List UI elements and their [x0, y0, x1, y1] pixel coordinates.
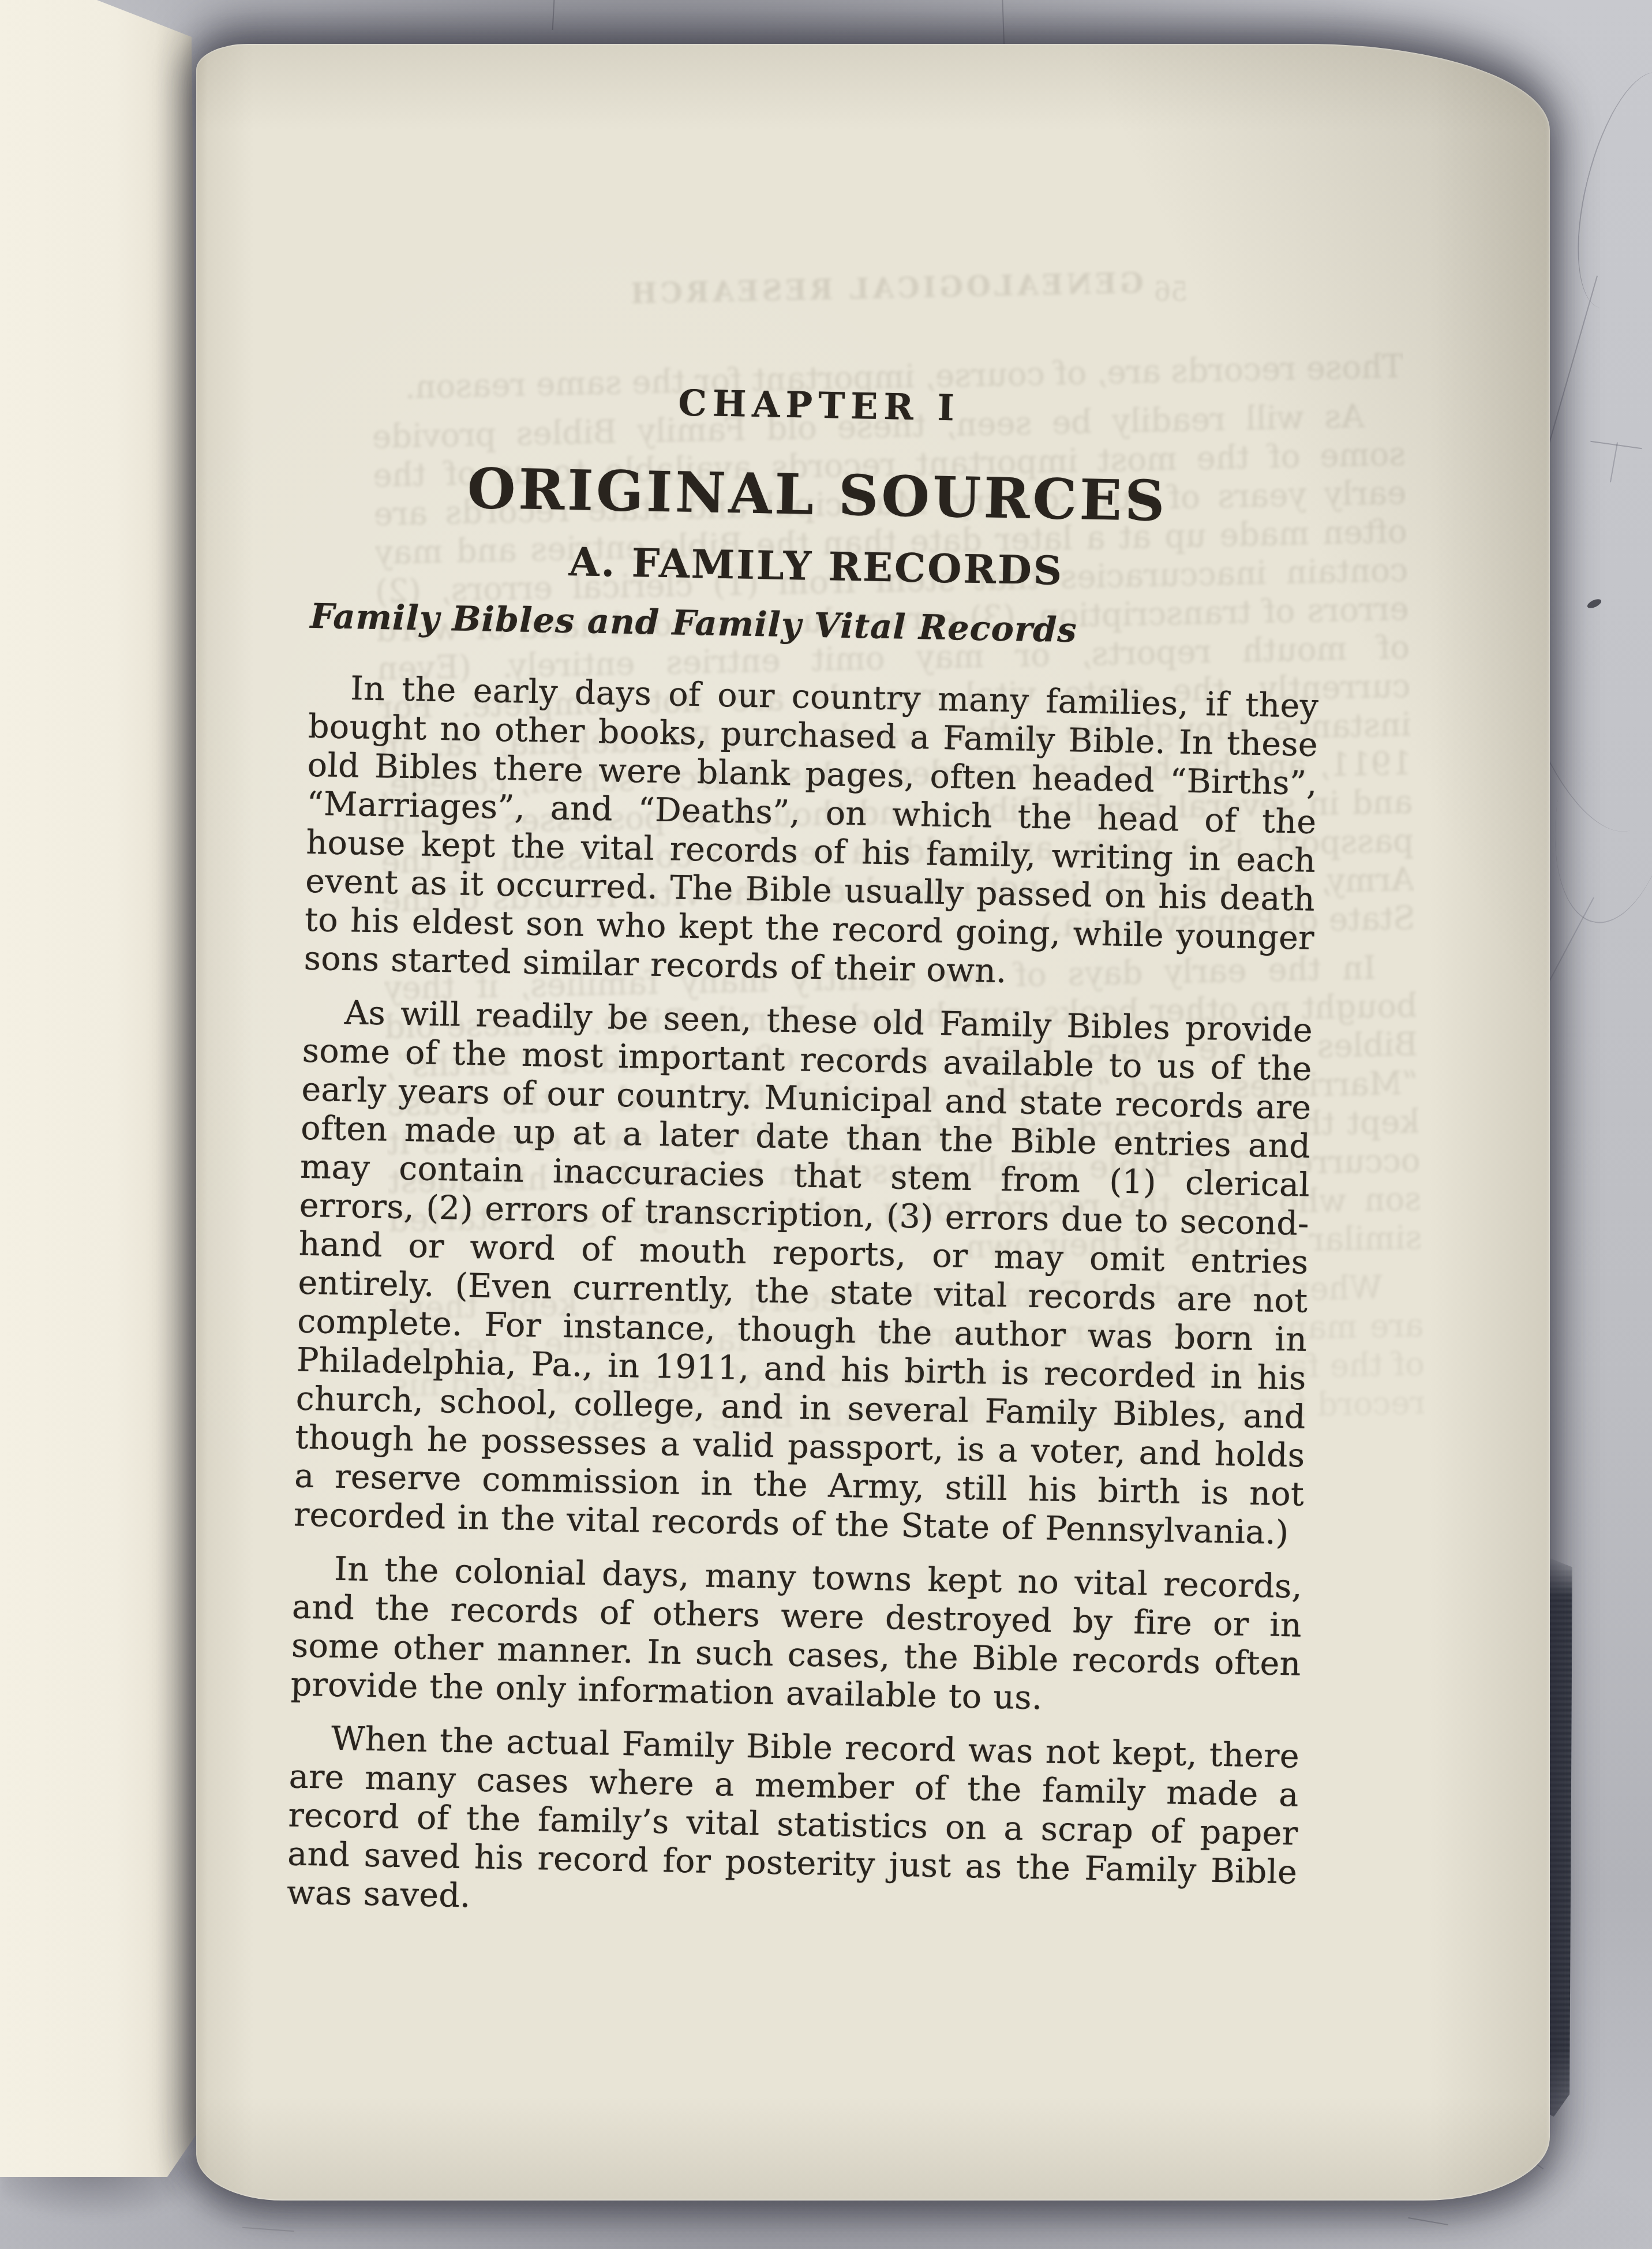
paragraph: In the colonial days, many towns kept no… [290, 1550, 1303, 1723]
book-photo-scene: GENEALOGICAL RESEARCH Those records are,… [0, 0, 1652, 2249]
page-title: ORIGINAL SOURCES [312, 458, 1323, 532]
paragraph: As will readily be seen, these old Famil… [294, 993, 1313, 1553]
page-text: CHAPTER I ORIGINAL SOURCES A. FAMILY REC… [287, 44, 1331, 1930]
chapter-heading: CHAPTER I [314, 379, 1324, 433]
left-book-page-edge [0, 0, 200, 2177]
section-heading: A. FAMILY RECORDS [311, 538, 1321, 596]
paragraph: When the actual Family Bible record was … [287, 1719, 1300, 1930]
book-page: GENEALOGICAL RESEARCH Those records are,… [196, 44, 1550, 2201]
subsection-heading: Family Bibles and Family Vital Records [310, 599, 1320, 652]
paragraph: In the early days of our country many fa… [304, 669, 1319, 997]
